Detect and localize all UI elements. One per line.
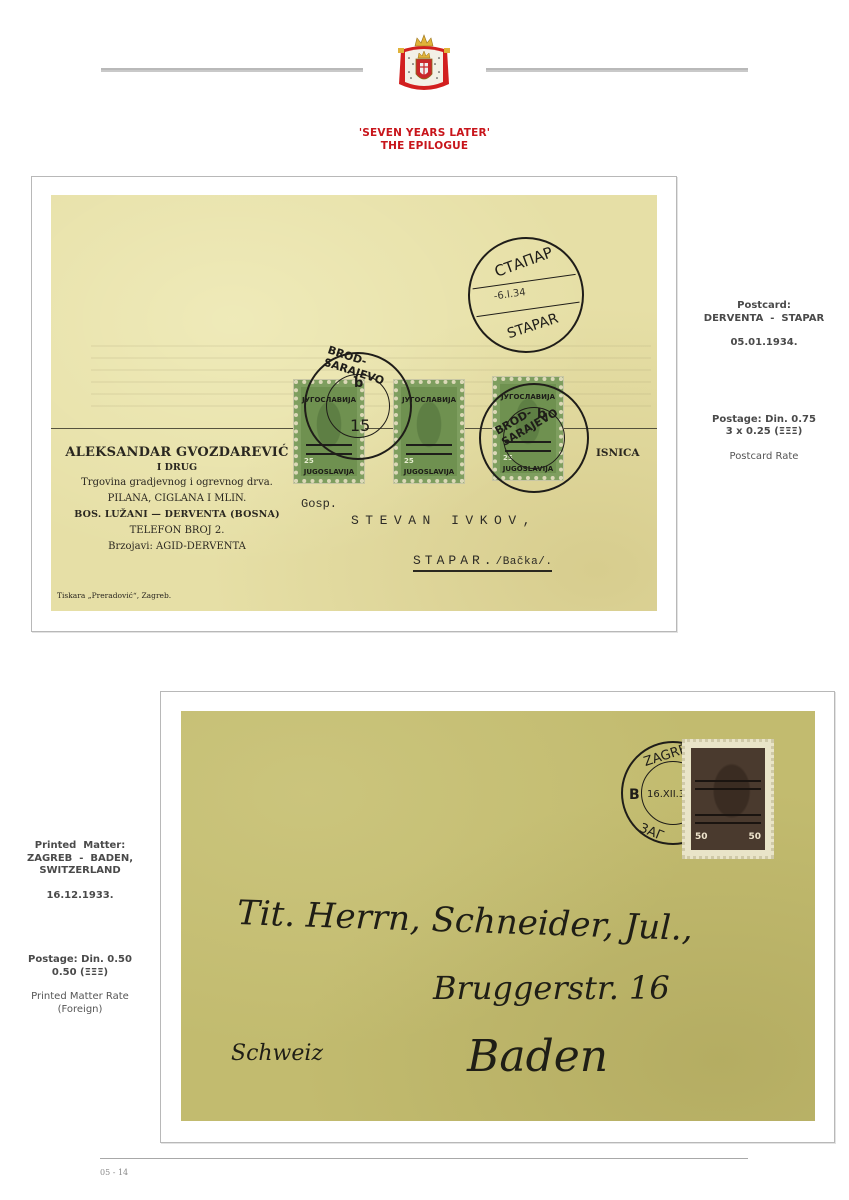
address-salutation: Gosp. — [301, 497, 337, 511]
address-town: STAPAR./Bačka/. — [413, 553, 552, 572]
stamp-50: 50 50 — [682, 739, 774, 859]
handwritten-address-line-2: Bruggerstr. 16 — [433, 969, 670, 1007]
page-title: 'SEVEN YEARS LATER' THE EPILOGUE — [0, 127, 849, 153]
caption-date: 16.12.1933. — [0, 890, 160, 903]
sender-line-1: Trgovina gradjevnog i ogrevnog drva. — [59, 475, 295, 491]
postmark-date: -6.I.34 — [493, 287, 526, 302]
printer-imprint: Tiskara „Preradović“, Zagreb. — [57, 591, 171, 600]
caption-postage-detail: 3 x 0.25 (ΞΞΞ) — [684, 426, 844, 439]
departure-postmark-2: BROD-SARAJEVO b — [479, 383, 589, 493]
sender-line-3: BOS. LUŽANI — DERVENTA (BOSNA) — [59, 507, 295, 523]
postcard-image: СТАПАР -6.I.34 STAPAR ЈУГОСЛАВИЈА 25 JUG… — [51, 195, 657, 611]
page-title-line1: 'SEVEN YEARS LATER' — [0, 127, 849, 140]
header-rule-right — [486, 68, 748, 72]
postcard-caption: Postcard: DERVENTA - STAPAR 05.01.1934. … — [684, 300, 844, 463]
footer-rule — [100, 1158, 748, 1159]
envelope-caption: Printed Matter: ZAGREB - BADEN, SWITZERL… — [0, 840, 160, 1016]
sender-line-2: PILANA, CIGLANA I MLIN. — [59, 491, 295, 507]
handwritten-country: Schweiz — [231, 1041, 323, 1066]
caption-rate: Printed Matter Rate — [0, 991, 160, 1004]
caption-rate: Postcard Rate — [684, 451, 844, 464]
handwritten-city: Baden — [467, 1031, 608, 1082]
sender-imprint: ALEKSANDAR GVOZDAREVIĆ I DRUG Trgovina g… — [59, 445, 295, 555]
caption-route: ZAGREB - BADEN, — [0, 853, 160, 866]
sender-name: ALEKSANDAR GVOZDAREVIĆ — [59, 445, 295, 461]
caption-postage: Postage: Din. 0.75 — [684, 414, 844, 427]
caption-route: DERVENTA - STAPAR — [684, 313, 844, 326]
caption-rate-note: (Foreign) — [0, 1004, 160, 1017]
envelope-image: ZAGREB B 16.XII.33 3AГ 50 50 Tit. Herrn,… — [181, 711, 815, 1121]
departure-postmark-1: BROD-SARAJEVO b 15 — [304, 352, 412, 460]
sender-line-4: TELEFON BROJ 2. — [59, 523, 295, 539]
sender-line-5: Brzojavi: AGID-DERVENTA — [59, 539, 295, 555]
caption-postage: Postage: Din. 0.50 — [0, 954, 160, 967]
postmark-top-text: СТАПАР — [492, 243, 555, 281]
caption-type: Printed Matter: — [0, 840, 160, 853]
postmark-bottom-text: STAPAR — [505, 311, 560, 343]
page-title-line2: THE EPILOGUE — [0, 140, 849, 153]
caption-country: SWITZERLAND — [0, 865, 160, 878]
caption-postage-detail: 0.50 (ΞΞΞ) — [0, 967, 160, 980]
address-name: STEVAN IVKOV, — [351, 513, 537, 528]
header-rule-left — [101, 68, 363, 72]
page-number: 05 - 14 — [100, 1168, 128, 1177]
caption-type: Postcard: — [684, 300, 844, 313]
royal-coat-of-arms-icon — [395, 34, 453, 100]
handwritten-address-line-1: Tit. Herrn, Schneider, Jul., — [236, 893, 693, 949]
caption-date: 05.01.1934. — [684, 337, 844, 350]
sender-suffix: I DRUG — [59, 461, 295, 475]
card-label-dopisnica: ISNICA — [596, 447, 640, 459]
